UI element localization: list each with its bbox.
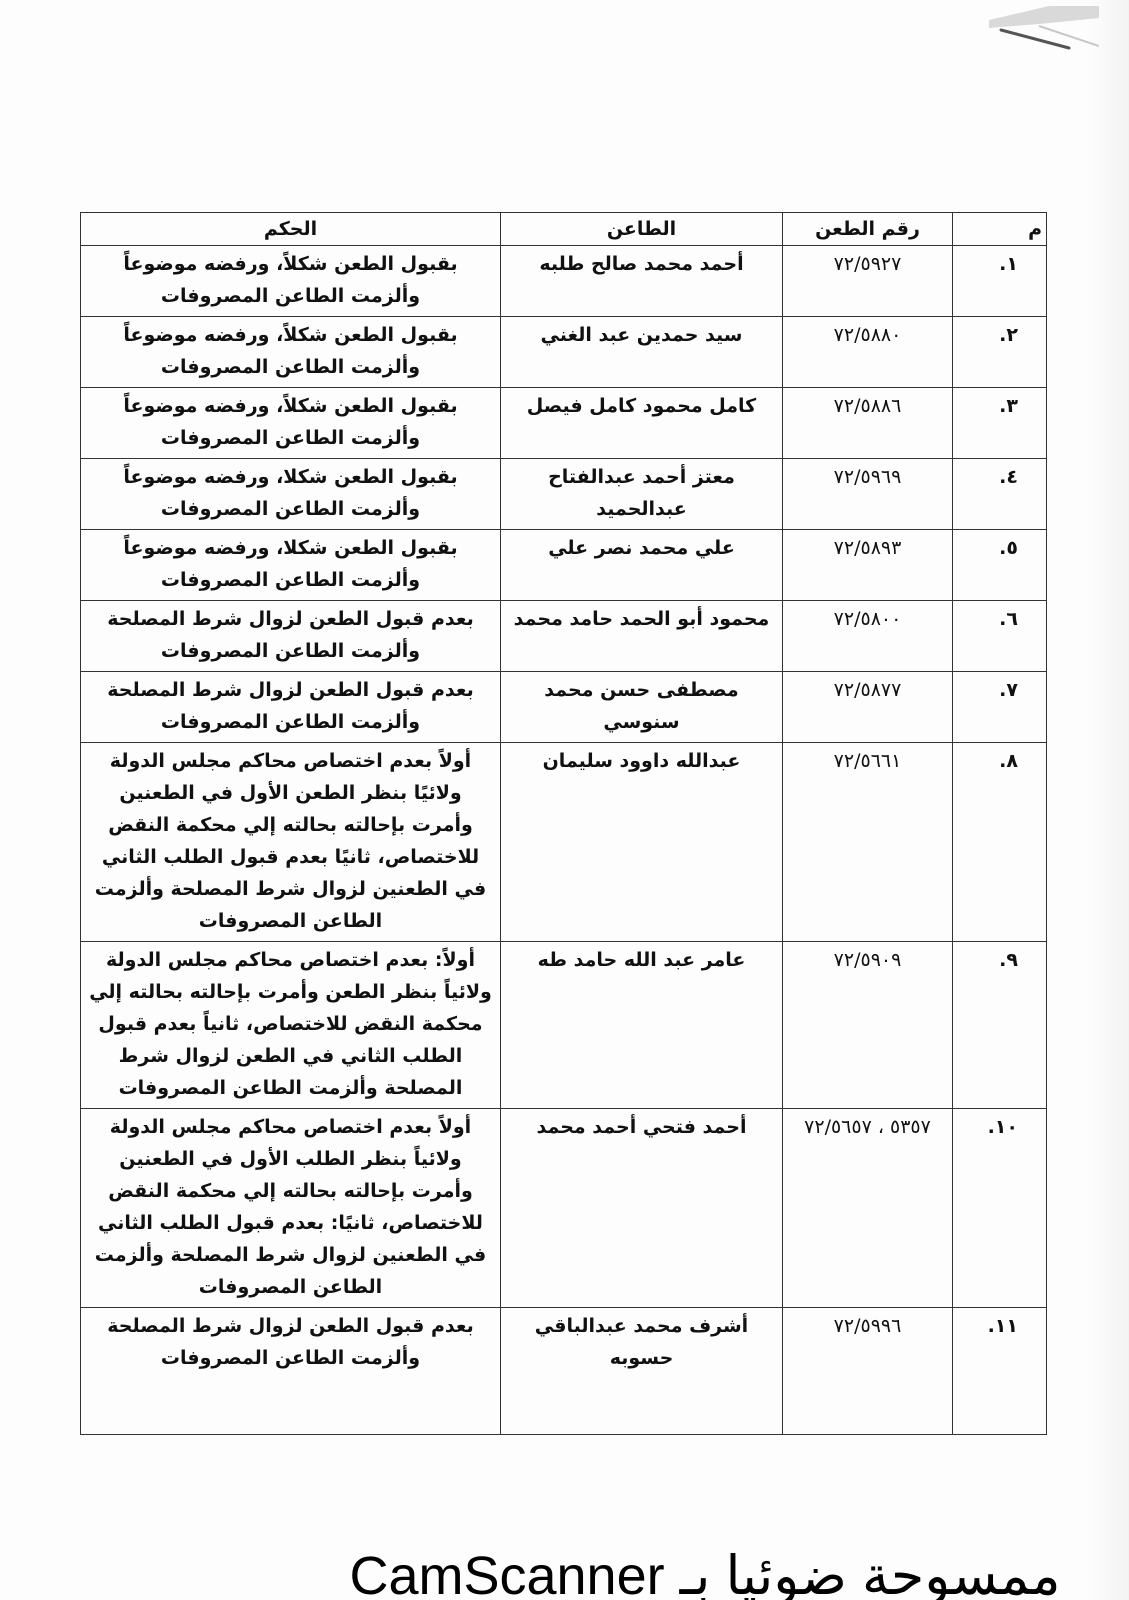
ruling-text: بقبول الطعن شكلاً، ورفضه موضوعاً وألزمت … — [81, 317, 501, 388]
row-no: ٩. — [953, 942, 1047, 1109]
header-appellant: الطاعن — [501, 213, 783, 246]
appellant-name: عبدالله داوود سليمان — [501, 743, 783, 942]
appeal-number: ٥٣٥٧ ، ٧٢/٥٦٥٧ — [783, 1109, 953, 1308]
appeal-number: ٧٢/٥٩٠٩ — [783, 942, 953, 1109]
appeal-number: ٧٢/٥٩٩٦ — [783, 1308, 953, 1435]
appeal-number: ٧٢/٥٨٨٠ — [783, 317, 953, 388]
appeals-judgments-table: م رقم الطعن الطاعن الحكم ١. ٧٢/٥٩٢٧ أحمد… — [80, 212, 1047, 1435]
table-row: ١. ٧٢/٥٩٢٧ أحمد محمد صالح طلبه بقبول الط… — [81, 246, 1047, 317]
header-ruling: الحكم — [81, 213, 501, 246]
row-no: ٤. — [953, 459, 1047, 530]
row-no: ٦. — [953, 601, 1047, 672]
ruling-text: بقبول الطعن شكلا، ورفضه موضوعاً وألزمت ا… — [81, 530, 501, 601]
camscanner-watermark: ممسوحة ضوئيا بـ CamScanner — [310, 1552, 1100, 1600]
appellant-name: أشرف محمد عبدالباقي حسوبه — [501, 1308, 783, 1435]
appeal-number: ٧٢/٥٨٩٣ — [783, 530, 953, 601]
ruling-text: بعدم قبول الطعن لزوال شرط المصلحة وألزمت… — [81, 672, 501, 743]
table-row: ٣. ٧٢/٥٨٨٦ كامل محمود كامل فيصل بقبول ال… — [81, 388, 1047, 459]
ruling-text: أولاً بعدم اختصاص محاكم مجلس الدولة ولائ… — [81, 743, 501, 942]
table-row: ١١. ٧٢/٥٩٩٦ أشرف محمد عبدالباقي حسوبه بع… — [81, 1308, 1047, 1435]
staple-icon — [979, 6, 1099, 52]
appellant-name: مصطفى حسن محمد سنوسي — [501, 672, 783, 743]
appellant-name: عامر عبد الله حامد طه — [501, 942, 783, 1109]
table-row: ٦. ٧٢/٥٨٠٠ محمود أبو الحمد حامد محمد بعد… — [81, 601, 1047, 672]
appellant-name: أحمد فتحي أحمد محمد — [501, 1109, 783, 1308]
row-no: ٢. — [953, 317, 1047, 388]
appellant-name: كامل محمود كامل فيصل — [501, 388, 783, 459]
appellant-name: علي محمد نصر علي — [501, 530, 783, 601]
row-no: ١. — [953, 246, 1047, 317]
table-row: ٢. ٧٢/٥٨٨٠ سيد حمدين عبد الغني بقبول الط… — [81, 317, 1047, 388]
row-no: ٣. — [953, 388, 1047, 459]
table-row: ٤. ٧٢/٥٩٦٩ معتز أحمد عبدالفتاح عبدالحميد… — [81, 459, 1047, 530]
ruling-text: بقبول الطعن شكلاً، ورفضه موضوعاً وألزمت … — [81, 388, 501, 459]
table-row: ٧. ٧٢/٥٨٧٧ مصطفى حسن محمد سنوسي بعدم قبو… — [81, 672, 1047, 743]
table-row: ٨. ٧٢/٥٦٦١ عبدالله داوود سليمان أولاً بع… — [81, 743, 1047, 942]
ruling-text: بقبول الطعن شكلاً، ورفضه موضوعاً وألزمت … — [81, 246, 501, 317]
ruling-text: أولاً بعدم اختصاص محاكم مجلس الدولة ولائ… — [81, 1109, 501, 1308]
table-header-row: م رقم الطعن الطاعن الحكم — [81, 213, 1047, 246]
appeal-number: ٧٢/٥٨٨٦ — [783, 388, 953, 459]
appeal-number: ٧٢/٥٩٢٧ — [783, 246, 953, 317]
table-row: ١٠. ٥٣٥٧ ، ٧٢/٥٦٥٧ أحمد فتحي أحمد محمد أ… — [81, 1109, 1047, 1308]
appeal-number: ٧٢/٥٦٦١ — [783, 743, 953, 942]
row-no: ٧. — [953, 672, 1047, 743]
appellant-name: أحمد محمد صالح طلبه — [501, 246, 783, 317]
appellant-name: معتز أحمد عبدالفتاح عبدالحميد — [501, 459, 783, 530]
appellant-name: سيد حمدين عبد الغني — [501, 317, 783, 388]
appeal-number: ٧٢/٥٩٦٩ — [783, 459, 953, 530]
row-no: ١١. — [953, 1308, 1047, 1435]
ruling-text: أولاً: بعدم اختصاص محاكم مجلس الدولة ولا… — [81, 942, 501, 1109]
watermark-text: ممسوحة ضوئيا بـ CamScanner — [310, 1552, 1100, 1600]
row-no: ٨. — [953, 743, 1047, 942]
appeal-number: ٧٢/٥٨٠٠ — [783, 601, 953, 672]
header-no: م — [953, 213, 1047, 246]
row-no: ٥. — [953, 530, 1047, 601]
ruling-text: بعدم قبول الطعن لزوال شرط المصلحة وألزمت… — [81, 1308, 501, 1435]
ruling-text: بعدم قبول الطعن لزوال شرط المصلحة وألزمت… — [81, 601, 501, 672]
page-edge-shadow — [1089, 0, 1129, 1600]
table-row: ٩. ٧٢/٥٩٠٩ عامر عبد الله حامد طه أولاً: … — [81, 942, 1047, 1109]
header-appeal-number: رقم الطعن — [783, 213, 953, 246]
appeal-number: ٧٢/٥٨٧٧ — [783, 672, 953, 743]
appellant-name: محمود أبو الحمد حامد محمد — [501, 601, 783, 672]
row-no: ١٠. — [953, 1109, 1047, 1308]
table-row: ٥. ٧٢/٥٨٩٣ علي محمد نصر علي بقبول الطعن … — [81, 530, 1047, 601]
ruling-text: بقبول الطعن شكلا، ورفضه موضوعاً وألزمت ا… — [81, 459, 501, 530]
